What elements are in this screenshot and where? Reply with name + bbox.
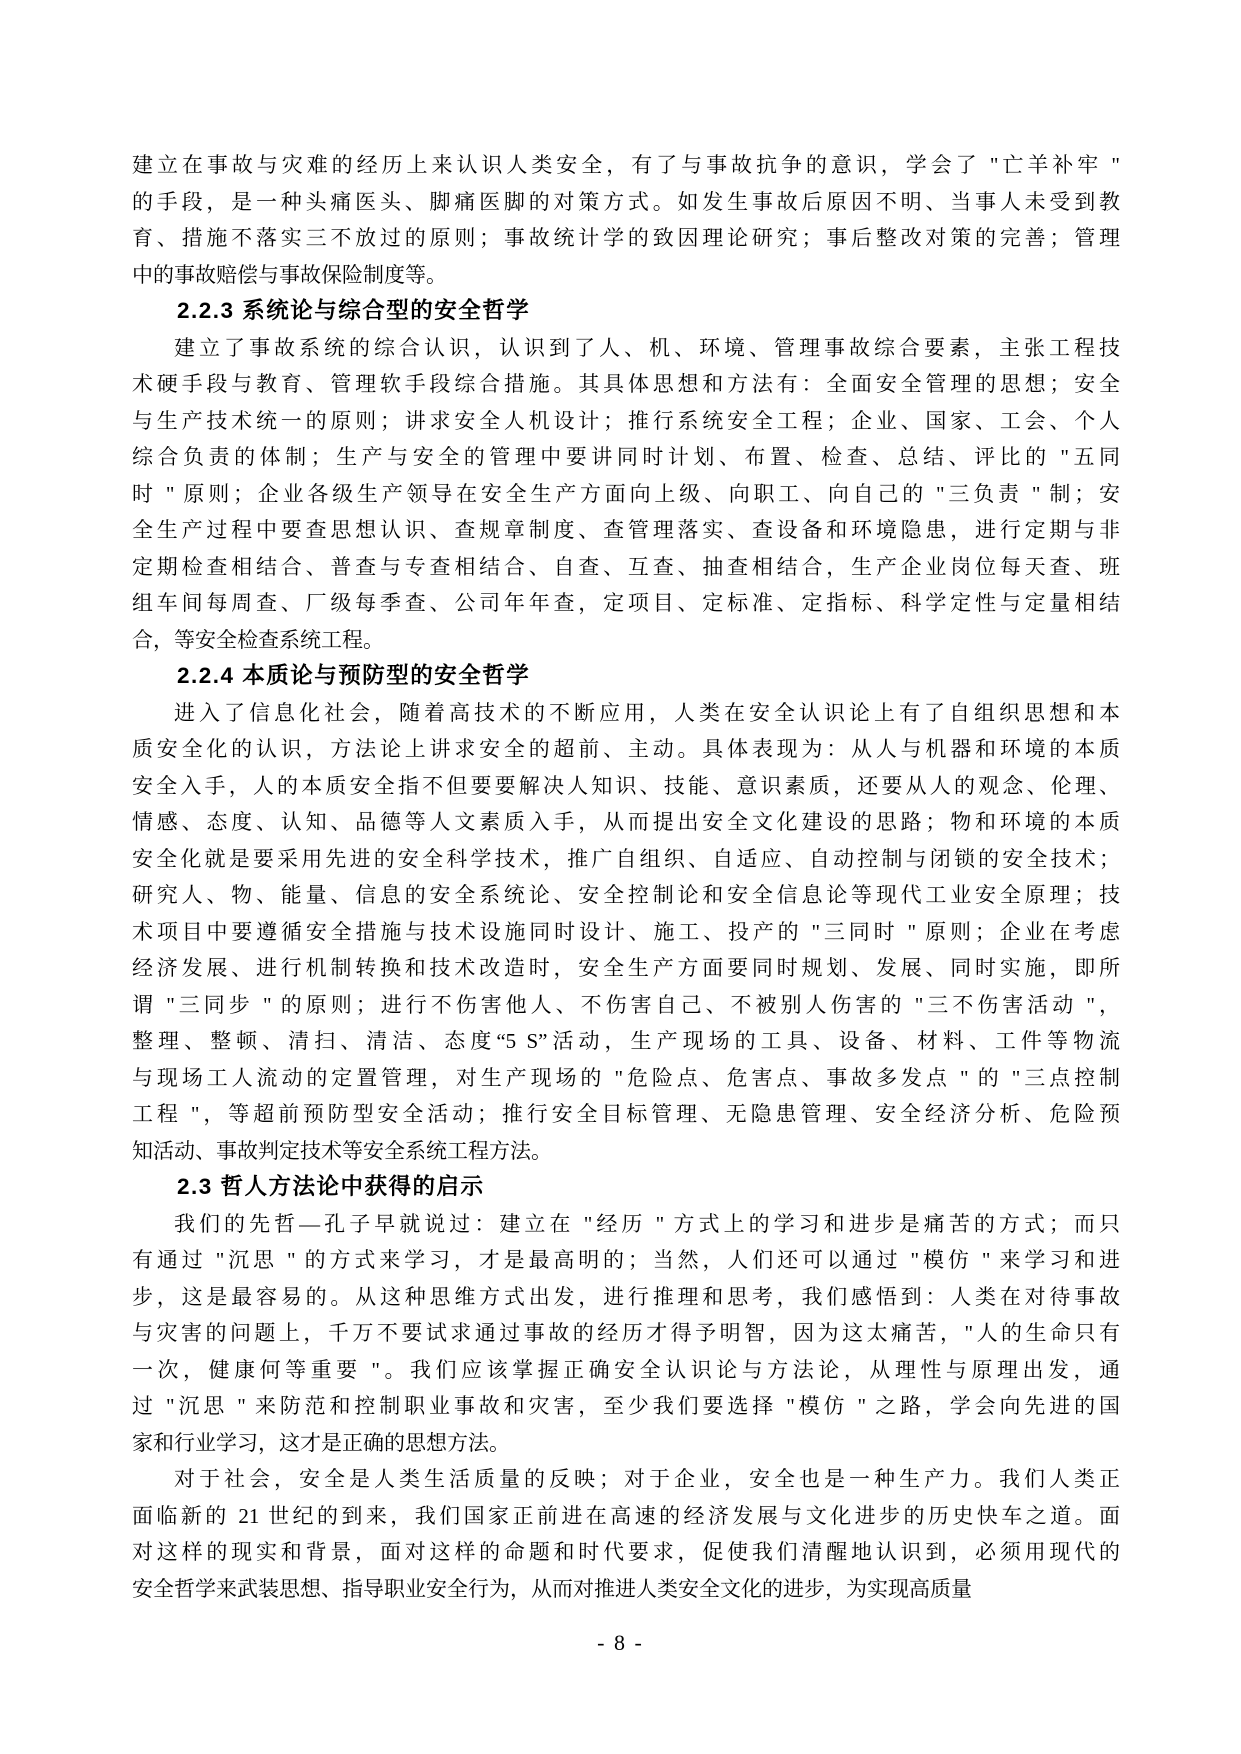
text-line: 步，这是最容易的。从这种思维方式出发，进行推理和思考，我们感悟到：人类在对待事故 — [132, 1279, 1120, 1316]
text-line: 进入了信息化社会，随着高技术的不断应用，人类在安全认识论上有了自组织思想和本 — [132, 695, 1120, 732]
heading-line: 2.3 哲人方法论中获得的启示 — [132, 1169, 1120, 1206]
text-line: 质安全化的认识，方法论上讲求安全的超前、主动。具体表现为：从人与机器和环境的本质 — [132, 731, 1120, 768]
text-line: 育、措施不落实三不放过的原则；事故统计学的致因理论研究；事后整改对策的完善；管理 — [132, 220, 1120, 257]
text-line: 定期检查相结合、普查与专查相结合、自查、互查、抽查相结合，生产企业岗位每天查、班 — [132, 549, 1120, 586]
page-content: 建立在事故与灾难的经历上来认识人类安全，有了与事故抗争的意识，学会了 "亡羊补牢… — [132, 147, 1120, 1607]
text-line: 安全哲学来武装思想、指导职业安全行为，从而对推进人类安全文化的进步，为实现高质量 — [132, 1571, 1120, 1608]
text-line: 术硬手段与教育、管理软手段综合措施。其具体思想和方法有：全面安全管理的思想；安全 — [132, 366, 1120, 403]
text-line: 对这样的现实和背景，面对这样的命题和时代要求，促使我们清醒地认识到，必须用现代的 — [132, 1534, 1120, 1571]
text-line: 我们的先哲—孔子早就说过：建立在 "经历 " 方式上的学习和进步是痛苦的方式；而… — [132, 1206, 1120, 1243]
paragraph: 对于社会，安全是人类生活质量的反映；对于企业，安全也是一种生产力。我们人类正面临… — [132, 1461, 1120, 1607]
text-line: 整理、整顿、清扫、清洁、态度“5 S”活动，生产现场的工具、设备、材料、工件等物… — [132, 1023, 1120, 1060]
text-line: 建立在事故与灾难的经历上来认识人类安全，有了与事故抗争的意识，学会了 "亡羊补牢… — [132, 147, 1120, 184]
section-heading: 2.2.3 系统论与综合型的安全哲学 — [132, 293, 1120, 330]
text-line: 过 "沉思 " 来防范和控制职业事故和灾害，至少我们要选择 "模仿 " 之路，学… — [132, 1388, 1120, 1425]
paragraph: 进入了信息化社会，随着高技术的不断应用，人类在安全认识论上有了自组织思想和本质安… — [132, 695, 1120, 1170]
text-line: 全生产过程中要查思想认识、查规章制度、查管理落实、查设备和环境隐患，进行定期与非 — [132, 512, 1120, 549]
text-line: 谓 "三同步 " 的原则；进行不伤害他人、不伤害自己、不被别人伤害的 "三不伤害… — [132, 987, 1120, 1024]
text-line: 家和行业学习，这才是正确的思想方法。 — [132, 1425, 1120, 1462]
text-line: 知活动、事故判定技术等安全系统工程方法。 — [132, 1133, 1120, 1170]
document-page: 建立在事故与灾难的经历上来认识人类安全，有了与事故抗争的意识，学会了 "亡羊补牢… — [0, 0, 1241, 1754]
text-line: 合，等安全检查系统工程。 — [132, 622, 1120, 659]
text-line: 与灾害的问题上，千万不要试求通过事故的经历才得予明智，因为这太痛苦，"人的生命只… — [132, 1315, 1120, 1352]
text-line: 一次，健康何等重要 "。我们应该掌握正确安全认识论与方法论，从理性与原理出发，通 — [132, 1352, 1120, 1389]
text-line: 有通过 "沉思 " 的方式来学习，才是最高明的；当然，人们还可以通过 "模仿 "… — [132, 1242, 1120, 1279]
heading-line: 2.2.4 本质论与预防型的安全哲学 — [132, 658, 1120, 695]
text-line: 情感、态度、认知、品德等人文素质入手，从而提出安全文化建设的思路；物和环境的本质 — [132, 804, 1120, 841]
text-line: 综合负责的体制；生产与安全的管理中要讲同时计划、布置、检查、总结、评比的 "五同 — [132, 439, 1120, 476]
text-line: 建立了事故系统的综合认识，认识到了人、机、环境、管理事故综合要素，主张工程技 — [132, 330, 1120, 367]
page-number: - 8 - — [0, 1628, 1241, 1658]
text-line: 安全化就是要采用先进的安全科学技术，推广自组织、自适应、自动控制与闭锁的安全技术… — [132, 841, 1120, 878]
paragraph: 建立了事故系统的综合认识，认识到了人、机、环境、管理事故综合要素，主张工程技术硬… — [132, 330, 1120, 659]
text-line: 对于社会，安全是人类生活质量的反映；对于企业，安全也是一种生产力。我们人类正 — [132, 1461, 1120, 1498]
section-heading: 2.2.4 本质论与预防型的安全哲学 — [132, 658, 1120, 695]
text-line: 中的事故赔偿与事故保险制度等。 — [132, 257, 1120, 294]
text-line: 研究人、物、能量、信息的安全系统论、安全控制论和安全信息论等现代工业安全原理；技 — [132, 877, 1120, 914]
text-line: 经济发展、进行机制转换和技术改造时，安全生产方面要同时规划、发展、同时实施，即所 — [132, 950, 1120, 987]
text-line: 与生产技术统一的原则；讲求安全人机设计；推行系统安全工程；企业、国家、工会、个人 — [132, 403, 1120, 440]
text-line: 与现场工人流动的定置管理，对生产现场的 "危险点、危害点、事故多发点 " 的 "… — [132, 1060, 1120, 1097]
text-line: 的手段，是一种头痛医头、脚痛医脚的对策方式。如发生事故后原因不明、当事人未受到教 — [132, 184, 1120, 221]
text-line: 工程 "，等超前预防型安全活动；推行安全目标管理、无隐患管理、安全经济分析、危险… — [132, 1096, 1120, 1133]
heading-line: 2.2.3 系统论与综合型的安全哲学 — [132, 293, 1120, 330]
text-line: 面临新的 21 世纪的到来，我们国家正前进在高速的经济发展与文化进步的历史快车之… — [132, 1498, 1120, 1535]
text-line: 安全入手，人的本质安全指不但要要解决人知识、技能、意识素质，还要从人的观念、伦理… — [132, 768, 1120, 805]
paragraph: 建立在事故与灾难的经历上来认识人类安全，有了与事故抗争的意识，学会了 "亡羊补牢… — [132, 147, 1120, 293]
section-heading: 2.3 哲人方法论中获得的启示 — [132, 1169, 1120, 1206]
text-line: 时 " 原则；企业各级生产领导在安全生产方面向上级、向职工、向自己的 "三负责 … — [132, 476, 1120, 513]
paragraph: 我们的先哲—孔子早就说过：建立在 "经历 " 方式上的学习和进步是痛苦的方式；而… — [132, 1206, 1120, 1462]
text-line: 组车间每周查、厂级每季查、公司年年查，定项目、定标准、定指标、科学定性与定量相结 — [132, 585, 1120, 622]
text-line: 术项目中要遵循安全措施与技术设施同时设计、施工、投产的 "三同时 " 原则；企业… — [132, 914, 1120, 951]
